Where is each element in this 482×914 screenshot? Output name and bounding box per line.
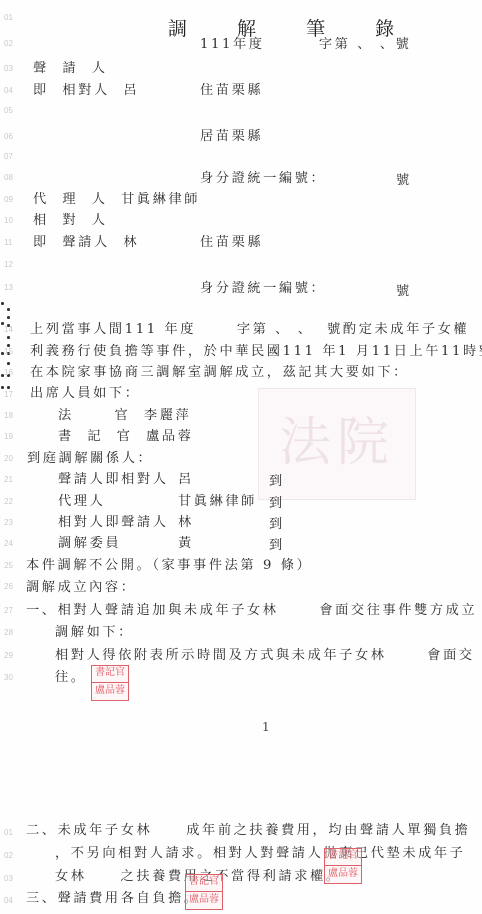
- clerk-line: 書 記 官 盧品蓉: [58, 429, 193, 445]
- related-status: 到: [269, 474, 285, 490]
- petitioner-address: 住苗栗縣: [200, 83, 263, 99]
- line-number: 07: [4, 152, 18, 161]
- line-number: 26: [4, 582, 18, 591]
- line-number: 14: [4, 325, 18, 334]
- respondent-name: 即 聲請人 林: [33, 235, 139, 251]
- related-status: 到: [269, 496, 285, 512]
- agent-label: 代 理 人 甘眞綝律師: [33, 192, 200, 208]
- line-number: 01: [4, 13, 18, 22]
- respondent-address: 住苗栗縣: [200, 235, 263, 251]
- related-role: 代理人: [58, 494, 105, 510]
- line-number: 04: [4, 896, 18, 905]
- clerk-seal: 書記官 盧品蓉: [91, 665, 129, 701]
- item-2-line-2: ，不另向相對人請求。相對人對聲請人拋棄已代墊未成年子: [55, 846, 465, 862]
- item-3-line-1: 三、聲請費用各自負擔。: [26, 891, 200, 907]
- line-number: 22: [4, 497, 18, 506]
- item-1-line-3: 相對人得依附表所示時間及方式與未成年子女林 會面交: [55, 648, 475, 664]
- item-1-line-4: 往。: [55, 670, 87, 686]
- line-number: 27: [4, 606, 18, 615]
- page-number: 1: [262, 720, 270, 734]
- line-number: 29: [4, 651, 18, 660]
- petitioner-id-label: 身分證統一編號：: [200, 171, 326, 187]
- line-number: 02: [4, 851, 18, 860]
- related-status: 到: [269, 538, 285, 554]
- petitioner-residence: 居苗栗縣: [200, 129, 263, 145]
- line-number: 06: [4, 132, 18, 141]
- line-number: 21: [4, 475, 18, 484]
- line-number: 24: [4, 539, 18, 548]
- respondent-id-label: 身分證統一編號：: [200, 281, 326, 297]
- petitioner-label: 聲 請 人: [33, 61, 108, 77]
- line-number: 09: [4, 195, 18, 204]
- line-number: 03: [4, 64, 18, 73]
- line-number: 28: [4, 628, 18, 637]
- petitioner-id-suffix: 號: [396, 173, 412, 189]
- related-name: 呂: [178, 472, 194, 488]
- related-name: 林: [178, 515, 194, 531]
- line-number: 10: [4, 216, 18, 225]
- line-number: 23: [4, 518, 18, 527]
- clerk-seal: 書記官 盧品蓉: [324, 848, 362, 884]
- not-public-notice: 本件調解不公開。（家事事件法第 9 條）: [26, 558, 312, 574]
- related-status: 到: [269, 517, 285, 533]
- case-number: 111年度 字第 、 、號: [200, 37, 411, 53]
- intro-line-1: 上列當事人間111 年度 字第 、 、 號酌定未成年子女權: [30, 322, 469, 338]
- related-role: 調解委員: [58, 536, 121, 552]
- judge-line: 法 官 李麗萍: [58, 408, 191, 424]
- line-number: 20: [4, 454, 18, 463]
- related-name: 黃: [178, 536, 194, 552]
- related-role: 相對人即聲請人: [58, 515, 169, 531]
- line-number: 25: [4, 561, 18, 570]
- intro-line-2: 利義務行使負擔等事件，於中華民國111 年1 月11日上午11時整: [30, 344, 482, 360]
- respondent-label: 相 對 人: [33, 213, 108, 229]
- related-role: 聲請人即相對人: [58, 472, 169, 488]
- item-1-line-2: 調解如下：: [55, 625, 134, 641]
- line-number: 04: [4, 86, 18, 95]
- line-number: 12: [4, 260, 18, 269]
- line-number: 16: [4, 368, 18, 377]
- intro-line-3: 在本院家事協商三調解室調解成立，茲記其大要如下：: [30, 365, 409, 381]
- line-number: 15: [4, 347, 18, 356]
- document-page: 法院印 01 02 03 04 05 06 07 08 09 10 11 12 …: [0, 0, 482, 914]
- petitioner-name: 即 相對人 呂: [33, 83, 139, 99]
- related-heading: 到庭調解關係人：: [27, 451, 153, 467]
- line-number: 03: [4, 874, 18, 883]
- line-number: 13: [4, 283, 18, 292]
- line-number: 19: [4, 432, 18, 441]
- line-number: 02: [4, 39, 18, 48]
- related-name: 甘眞綝律師: [178, 494, 257, 510]
- respondent-id-suffix: 號: [396, 284, 412, 300]
- line-number: 30: [4, 673, 18, 682]
- line-number: 01: [4, 828, 18, 837]
- clerk-seal: 書記官 盧品蓉: [185, 874, 223, 910]
- content-heading: 調解成立內容：: [26, 580, 137, 596]
- item-1-line-1: 一、相對人聲請追加與未成年子女林 會面交往事件雙方成立: [26, 603, 477, 619]
- line-number: 11: [4, 238, 18, 247]
- item-2-line-1: 二、未成年子女林 成年前之扶養費用，均由聲請人單獨負擔: [26, 823, 470, 839]
- line-number: 17: [4, 390, 18, 399]
- line-number: 08: [4, 173, 18, 182]
- attendees-heading: 出席人員如下：: [30, 386, 141, 402]
- line-number: 18: [4, 411, 18, 420]
- line-number: 05: [4, 106, 18, 115]
